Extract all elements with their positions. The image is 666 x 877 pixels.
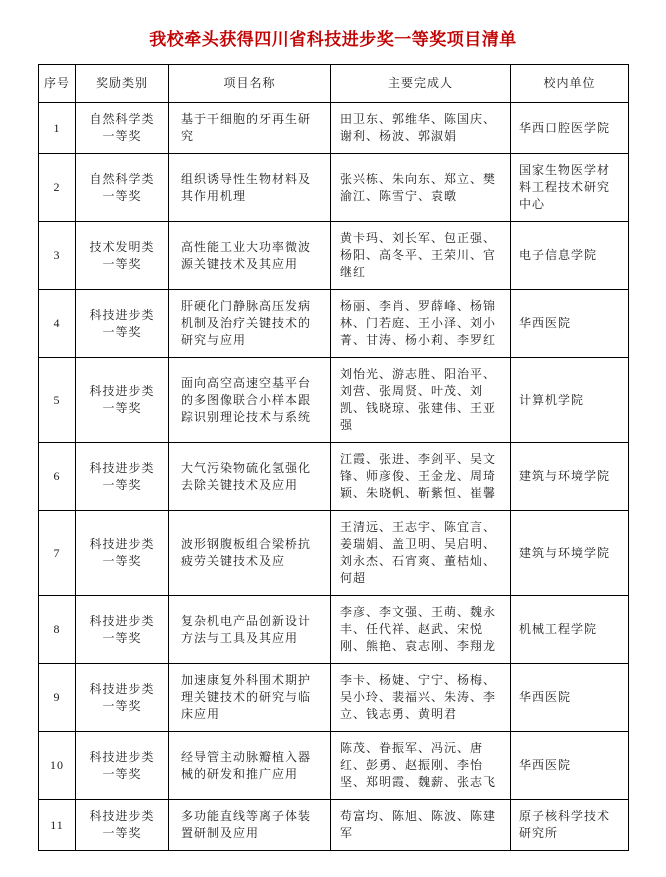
cell-award-category: 科技进步类一等奖 — [76, 732, 169, 800]
cell-campus-unit: 机械工程学院 — [511, 596, 629, 664]
cell-campus-unit: 华西口腔医学院 — [511, 103, 629, 154]
cell-campus-unit: 建筑与环境学院 — [511, 443, 629, 511]
cell-project-name: 复杂机电产品创新设计方法与工具及其应用 — [169, 596, 331, 664]
cell-campus-unit: 原子核科学技术研究所 — [511, 800, 629, 851]
table-row: 9 科技进步类一等奖 加速康复外科围术期护理关键技术的研究与临床应用 李卡、杨婕… — [39, 664, 629, 732]
cell-award-category: 科技进步类一等奖 — [76, 511, 169, 596]
cell-project-name: 面向高空高速空基平台的多图像联合小样本跟踪识别理论技术与系统 — [169, 358, 331, 443]
col-header-serial: 序号 — [39, 65, 76, 103]
cell-main-contributors: 田卫东、郭维华、陈国庆、谢利、杨波、郭淑娟 — [331, 103, 511, 154]
cell-project-name: 波形钢腹板组合梁桥抗疲劳关键技术及应 — [169, 511, 331, 596]
table-row: 6 科技进步类一等奖 大气污染物硫化氢强化去除关键技术及应用 江霞、张进、李剑平… — [39, 443, 629, 511]
cell-project-name: 加速康复外科围术期护理关键技术的研究与临床应用 — [169, 664, 331, 732]
cell-project-name: 肝硬化门静脉高压发病机制及治疗关键技术的研究与应用 — [169, 290, 331, 358]
cell-award-category: 科技进步类一等奖 — [76, 358, 169, 443]
cell-serial-number: 3 — [39, 222, 76, 290]
cell-serial-number: 8 — [39, 596, 76, 664]
cell-main-contributors: 李卡、杨婕、宁宁、杨梅、吴小玲、裴福兴、朱涛、李立、钱志勇、黄明君 — [331, 664, 511, 732]
cell-serial-number: 7 — [39, 511, 76, 596]
cell-award-category: 科技进步类一等奖 — [76, 290, 169, 358]
cell-project-name: 经导管主动脉瓣植入器械的研发和推广应用 — [169, 732, 331, 800]
cell-main-contributors: 王清远、王志宇、陈宜言、姜瑞娟、盖卫明、吴启明、刘永杰、石宵爽、董桔灿、何超 — [331, 511, 511, 596]
table-row: 2 自然科学类一等奖 组织诱导性生物材料及其作用机理 张兴栋、朱向东、郑立、樊渝… — [39, 154, 629, 222]
table-row: 11 科技进步类一等奖 多功能直线等离子体装置研制及应用 苟富均、陈旭、陈波、陈… — [39, 800, 629, 851]
table-row: 5 科技进步类一等奖 面向高空高速空基平台的多图像联合小样本跟踪识别理论技术与系… — [39, 358, 629, 443]
table-row: 8 科技进步类一等奖 复杂机电产品创新设计方法与工具及其应用 李彦、李文强、王萌… — [39, 596, 629, 664]
cell-award-category: 科技进步类一等奖 — [76, 596, 169, 664]
table-row: 1 自然科学类一等奖 基于干细胞的牙再生研究 田卫东、郭维华、陈国庆、谢利、杨波… — [39, 103, 629, 154]
cell-campus-unit: 电子信息学院 — [511, 222, 629, 290]
cell-campus-unit: 华西医院 — [511, 732, 629, 800]
cell-serial-number: 10 — [39, 732, 76, 800]
cell-main-contributors: 苟富均、陈旭、陈波、陈建军 — [331, 800, 511, 851]
page-title: 我校牵头获得四川省科技进步奖一等奖项目清单 — [38, 25, 628, 50]
cell-campus-unit: 建筑与环境学院 — [511, 511, 629, 596]
cell-serial-number: 1 — [39, 103, 76, 154]
cell-campus-unit: 华西医院 — [511, 290, 629, 358]
cell-award-category: 自然科学类一等奖 — [76, 154, 169, 222]
cell-serial-number: 9 — [39, 664, 76, 732]
col-header-category: 奖励类别 — [76, 65, 169, 103]
cell-campus-unit: 国家生物医学材料工程技术研究中心 — [511, 154, 629, 222]
cell-project-name: 高性能工业大功率微波源关键技术及其应用 — [169, 222, 331, 290]
table-row: 7 科技进步类一等奖 波形钢腹板组合梁桥抗疲劳关键技术及应 王清远、王志宇、陈宜… — [39, 511, 629, 596]
cell-serial-number: 5 — [39, 358, 76, 443]
col-header-unit: 校内单位 — [511, 65, 629, 103]
cell-main-contributors: 张兴栋、朱向东、郑立、樊渝江、陈雪宁、袁暾 — [331, 154, 511, 222]
cell-main-contributors: 杨丽、李肖、罗薛峰、杨锦林、门若庭、王小泽、刘小菁、甘涛、杨小莉、李罗红 — [331, 290, 511, 358]
col-header-project: 项目名称 — [169, 65, 331, 103]
table-row: 4 科技进步类一等奖 肝硬化门静脉高压发病机制及治疗关键技术的研究与应用 杨丽、… — [39, 290, 629, 358]
cell-serial-number: 4 — [39, 290, 76, 358]
document-page: 我校牵头获得四川省科技进步奖一等奖项目清单 序号 奖励类别 项目名称 主要完成人… — [0, 0, 666, 877]
cell-project-name: 多功能直线等离子体装置研制及应用 — [169, 800, 331, 851]
table-row: 10 科技进步类一等奖 经导管主动脉瓣植入器械的研发和推广应用 陈茂、眷振军、冯… — [39, 732, 629, 800]
cell-project-name: 组织诱导性生物材料及其作用机理 — [169, 154, 331, 222]
cell-campus-unit: 计算机学院 — [511, 358, 629, 443]
awards-table: 序号 奖励类别 项目名称 主要完成人 校内单位 1 自然科学类一等奖 基于干细胞… — [38, 64, 629, 851]
cell-main-contributors: 李彦、李文强、王萌、魏永丰、任代祥、赵武、宋悦刚、熊艳、袁志刚、李翔龙 — [331, 596, 511, 664]
header-row: 序号 奖励类别 项目名称 主要完成人 校内单位 — [39, 65, 629, 103]
table-row: 3 技术发明类一等奖 高性能工业大功率微波源关键技术及其应用 黄卡玛、刘长军、包… — [39, 222, 629, 290]
col-header-people: 主要完成人 — [331, 65, 511, 103]
cell-main-contributors: 黄卡玛、刘长军、包正强、杨阳、高冬平、王荣川、官继红 — [331, 222, 511, 290]
cell-award-category: 科技进步类一等奖 — [76, 800, 169, 851]
cell-main-contributors: 江霞、张进、李剑平、吴文锋、师彦俊、王金龙、周琦颖、朱晓帆、靳紫恒、崔馨 — [331, 443, 511, 511]
cell-campus-unit: 华西医院 — [511, 664, 629, 732]
cell-project-name: 基于干细胞的牙再生研究 — [169, 103, 331, 154]
cell-award-category: 自然科学类一等奖 — [76, 103, 169, 154]
cell-serial-number: 6 — [39, 443, 76, 511]
cell-main-contributors: 刘怡光、游志胜、阳治平、刘营、张周贤、叶茂、刘凯、钱晓琼、张建伟、王亚强 — [331, 358, 511, 443]
cell-award-category: 科技进步类一等奖 — [76, 443, 169, 511]
cell-project-name: 大气污染物硫化氢强化去除关键技术及应用 — [169, 443, 331, 511]
cell-award-category: 科技进步类一等奖 — [76, 664, 169, 732]
cell-serial-number: 11 — [39, 800, 76, 851]
cell-main-contributors: 陈茂、眷振军、冯沅、唐红、彭勇、赵振刚、李怡坚、郑明霞、魏薪、张志飞 — [331, 732, 511, 800]
cell-serial-number: 2 — [39, 154, 76, 222]
cell-award-category: 技术发明类一等奖 — [76, 222, 169, 290]
